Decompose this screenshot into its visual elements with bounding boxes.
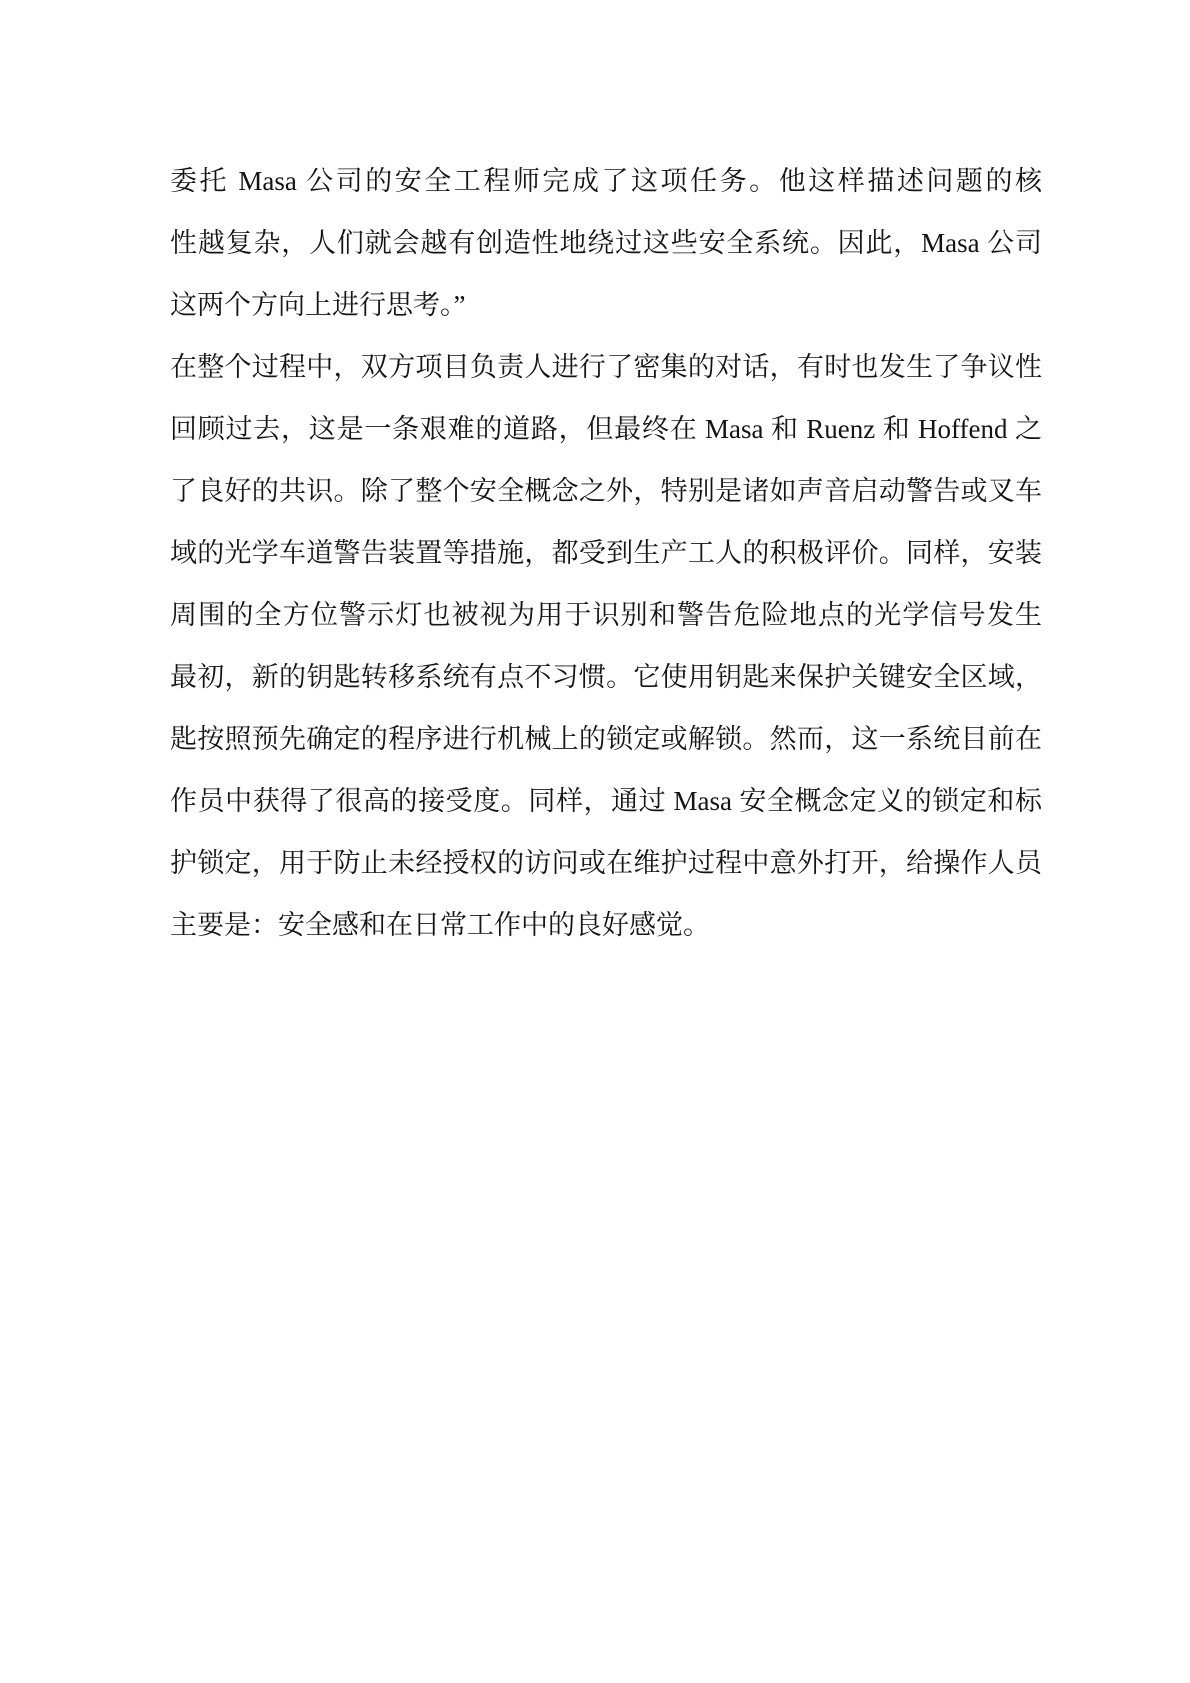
text-line: 这两个方向上进行思考。” xyxy=(170,274,1042,336)
text-line: 了良好的共识。除了整个安全概念之外，特别是诸如声音启动警告或叉车车辆区 xyxy=(170,460,1042,522)
text-line: 性越复杂，人们就会越有创造性地绕过这些安全系统。因此，Masa 公司必须在 xyxy=(170,212,1042,274)
text-line: 作员中获得了很高的接受度。同样，通过 Masa 安全概念定义的锁定和标记维 xyxy=(170,770,1042,832)
text-line: 护锁定，用于防止未经授权的访问或在维护过程中意外打开，给操作人员带来的 xyxy=(170,832,1042,894)
text-line: 回顾过去，这是一条艰难的道路，但最终在 Masa 和 Ruenz 和 Hoffe… xyxy=(170,398,1042,460)
text-line: 委托 Masa 公司的安全工程师完成了这项任务。他这样描述问题的核心：“安全 xyxy=(170,150,1042,212)
text-line: 在整个过程中，双方项目负责人进行了密集的对话，有时也发生了争议性的讨论。 xyxy=(170,336,1042,398)
text-line: 最初，新的钥匙转移系统有点不习惯。它使用钥匙来保护关键安全区域，这些钥 xyxy=(170,646,1042,708)
text-block: 委托 Masa 公司的安全工程师完成了这项任务。他这样描述问题的核心：“安全性越… xyxy=(170,150,1042,956)
paragraph: 最初，新的钥匙转移系统有点不习惯。它使用钥匙来保护关键安全区域，这些钥匙按照预先… xyxy=(170,646,1042,956)
text-line: 主要是：安全感和在日常工作中的良好感觉。 xyxy=(170,894,1042,956)
text-line: 周围的全方位警示灯也被视为用于识别和警告危险地点的光学信号发生器。 xyxy=(170,584,1042,646)
text-line: 匙按照预先确定的程序进行机械上的锁定或解锁。然而，这一系统目前在设备操 xyxy=(170,708,1042,770)
paragraph: 在整个过程中，双方项目负责人进行了密集的对话，有时也发生了争议性的讨论。回顾过去… xyxy=(170,336,1042,646)
text-line: 域的光学车道警告装置等措施，都受到生产工人的积极评价。同样，安装在设备 xyxy=(170,522,1042,584)
document-page: 委托 Masa 公司的安全工程师完成了这项任务。他这样描述问题的核心：“安全性越… xyxy=(0,0,1190,1683)
paragraph: 委托 Masa 公司的安全工程师完成了这项任务。他这样描述问题的核心：“安全性越… xyxy=(170,150,1042,336)
